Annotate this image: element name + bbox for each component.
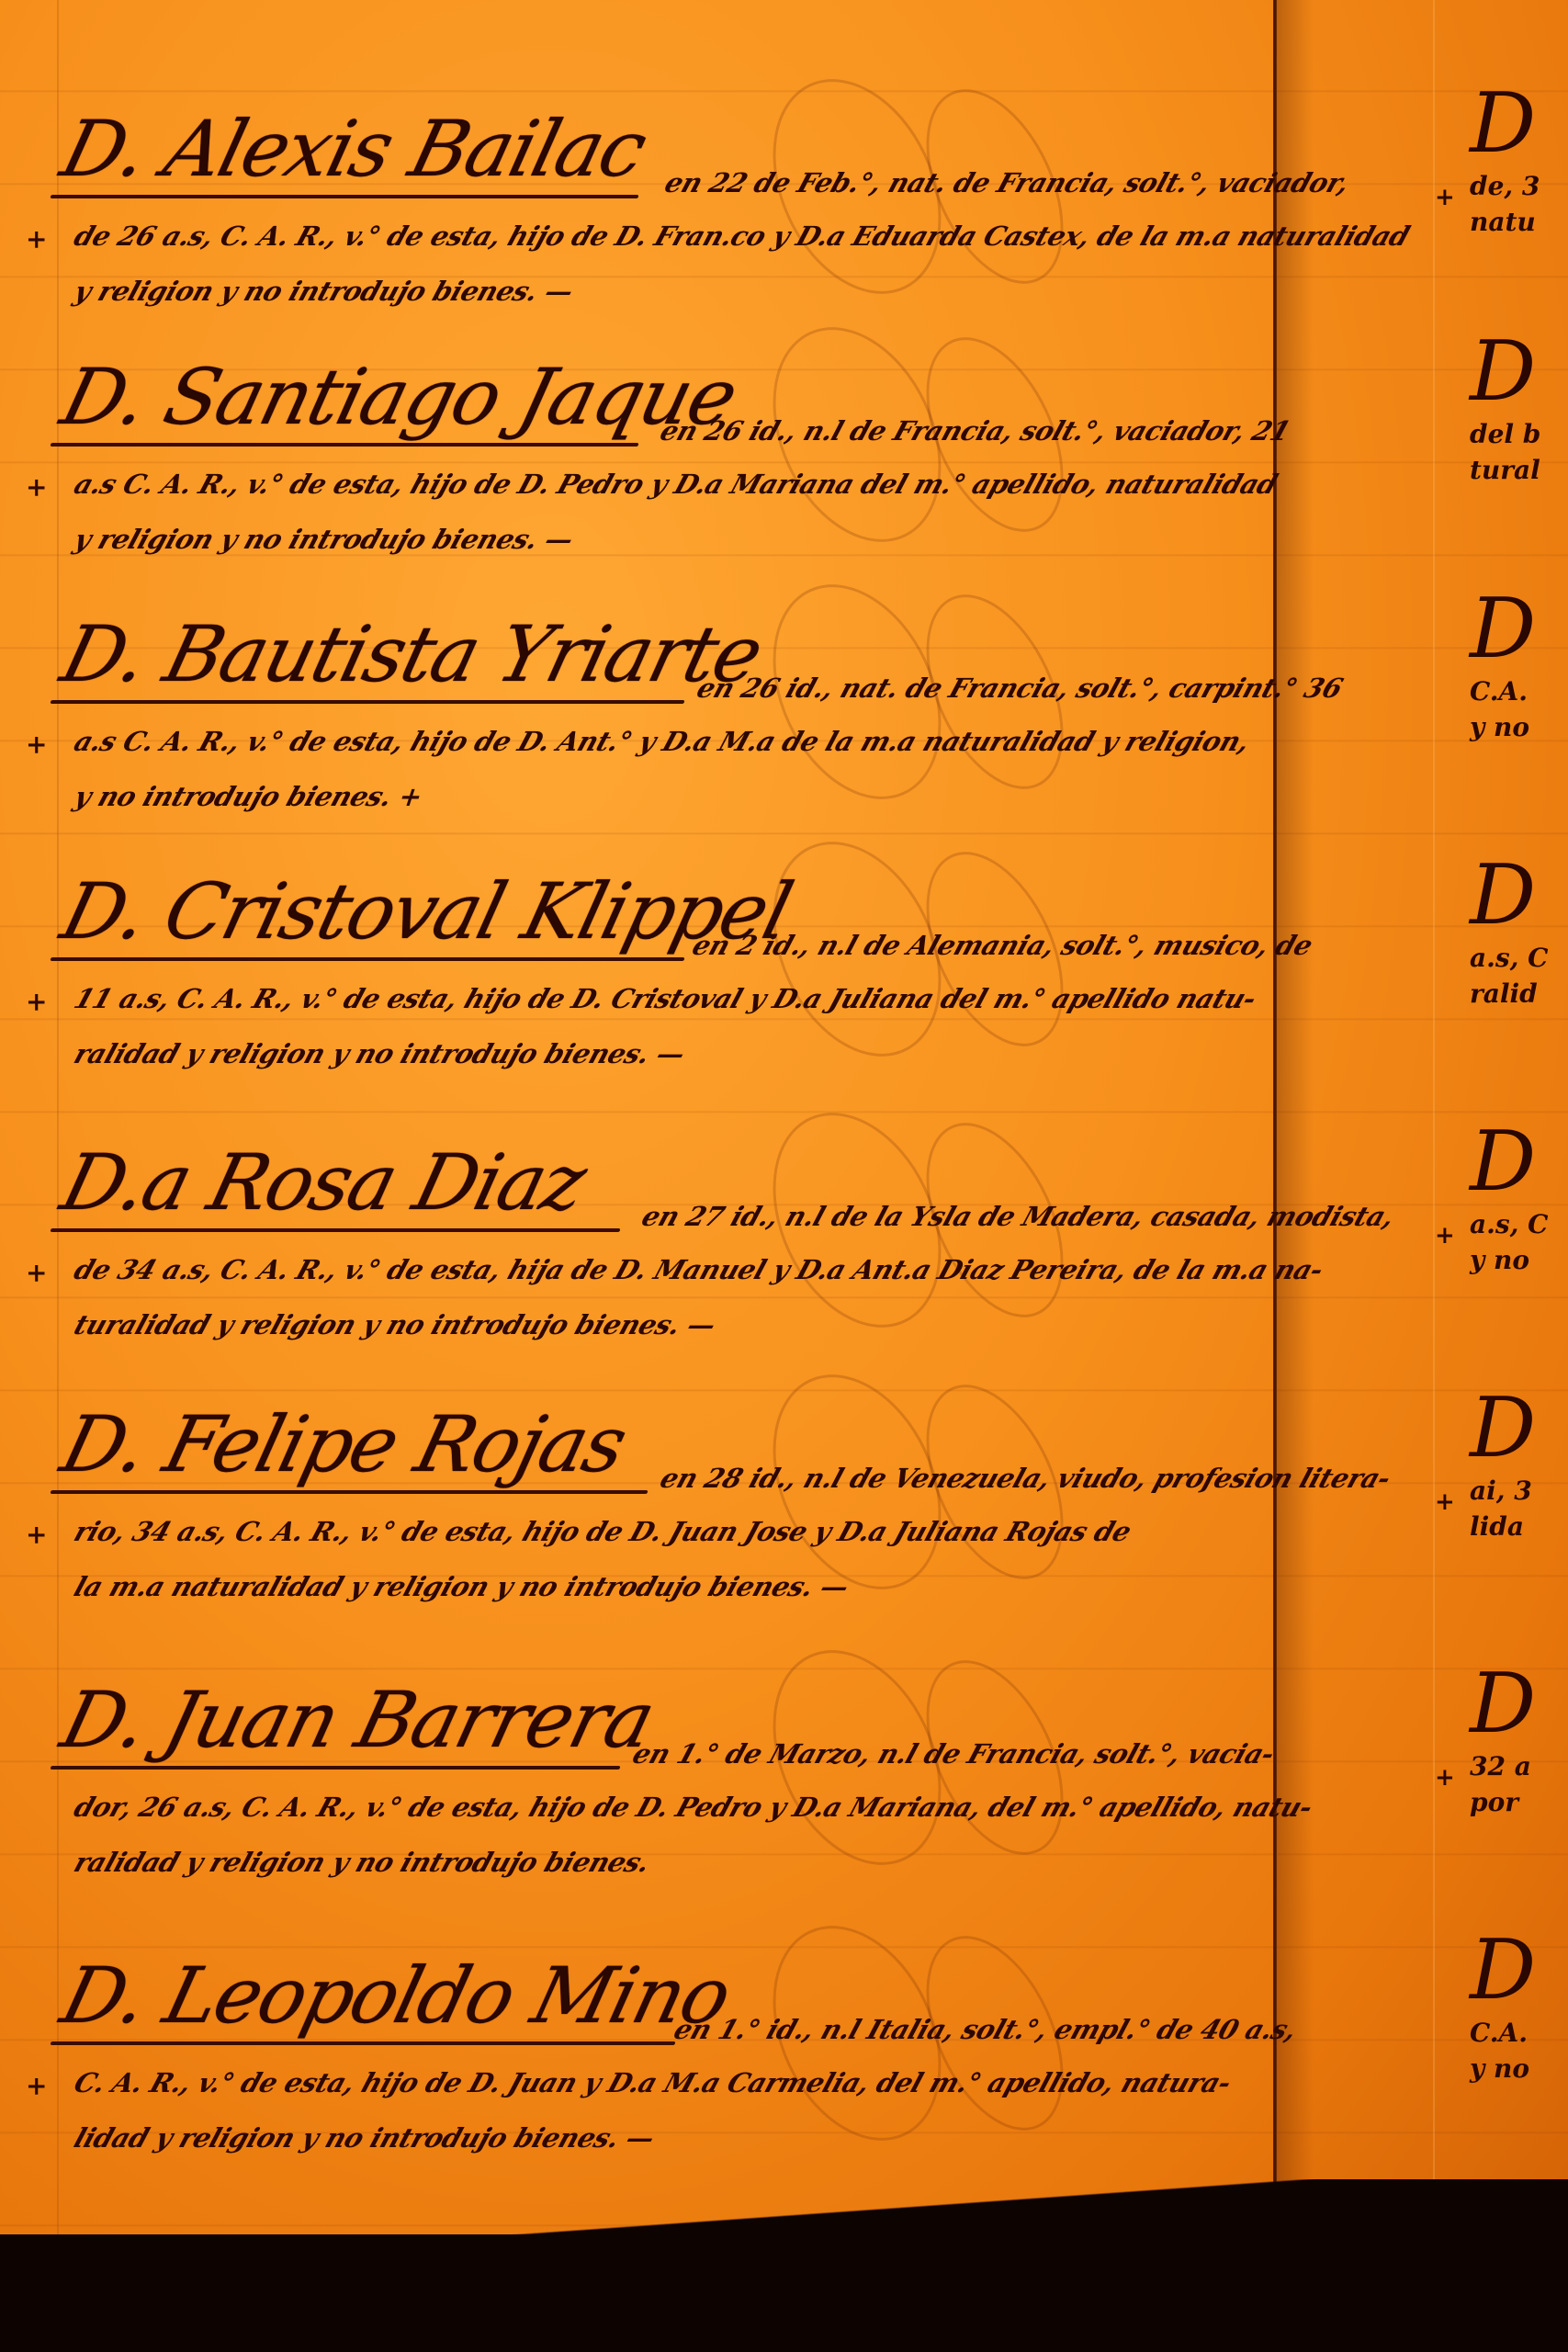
entry-line-2: a.s C. A. R., v.° de esta, hijo de D. Pe… bbox=[70, 469, 1280, 500]
entry-line-2: de 34 a.s, C. A. R., v.° de esta, hija d… bbox=[70, 1254, 1326, 1285]
entry-name: D. Bautista Yriarte bbox=[55, 616, 769, 693]
right-page-entry-fragment: Da.s, Cralid bbox=[1470, 854, 1548, 1009]
entry-line-2: a.s C. A. R., v.° de esta, hijo de D. An… bbox=[70, 726, 1253, 757]
right-page-entry-fragment: Dde, 3natu+ bbox=[1470, 83, 1540, 237]
right-page-entry-fragment: Dai, 3lida+ bbox=[1470, 1387, 1536, 1542]
entry-line-3: y religion y no introdujo bienes. — bbox=[70, 276, 577, 307]
name-underline bbox=[51, 700, 685, 704]
entry-name: D. Alexis Bailac bbox=[55, 110, 653, 187]
entry-line-1: en 1.° de Marzo, n.l de Francia, solt.°,… bbox=[628, 1738, 1278, 1770]
fragment-initial: D bbox=[1470, 1929, 1536, 2012]
fragment-initial: D bbox=[1470, 588, 1536, 671]
left-margin-rule bbox=[57, 0, 59, 2234]
margin-cross-mark: + bbox=[26, 224, 47, 254]
ruled-lines bbox=[0, 0, 1568, 2234]
fragment-line-1: C.A. bbox=[1470, 2018, 1536, 2048]
name-underline bbox=[51, 443, 639, 447]
fragment-initial: D bbox=[1470, 1387, 1536, 1470]
fragment-line-1: a.s, C bbox=[1470, 943, 1548, 973]
entry-line-3: y religion y no introdujo bienes. — bbox=[70, 524, 577, 555]
fragment-line-1: del b bbox=[1470, 419, 1540, 449]
entry-name: D. Leopoldo Mino bbox=[55, 1957, 738, 2034]
right-page-entry-fragment: DC.A.y no bbox=[1470, 588, 1536, 742]
fragment-line-2: tural bbox=[1470, 455, 1540, 485]
fragment-line-1: 32 a bbox=[1470, 1751, 1536, 1781]
entry-line-3: ralidad y religion y no introdujo bienes… bbox=[70, 1038, 688, 1069]
entry-line-3: turalidad y religion y no introdujo bien… bbox=[70, 1309, 719, 1340]
entry-line-3: lidad y religion y no introdujo bienes. … bbox=[70, 2122, 658, 2154]
entry-line-3: y no introdujo bienes. + bbox=[70, 781, 426, 812]
entry-line-1: en 26 id., n.l de Francia, solt.°, vacia… bbox=[656, 415, 1294, 447]
fragment-line-2: ralid bbox=[1470, 978, 1548, 1009]
entry-line-1: en 26 id., nat. de Francia, solt.°, carp… bbox=[693, 673, 1346, 704]
fragment-initial: D bbox=[1470, 854, 1548, 937]
entry-line-3: ralidad y religion y no introdujo bienes… bbox=[70, 1847, 653, 1878]
fragment-line-2: y no bbox=[1470, 2053, 1536, 2084]
fragment-cross-mark: + bbox=[1435, 1764, 1455, 1792]
fragment-cross-mark: + bbox=[1435, 184, 1455, 211]
entry-line-2: de 26 a.s, C. A. R., v.° de esta, hijo d… bbox=[70, 220, 1413, 252]
fragment-line-2: y no bbox=[1470, 1245, 1548, 1275]
fragment-line-1: a.s, C bbox=[1470, 1209, 1548, 1239]
entry-line-1: en 27 id., n.l de la Ysla de Madera, cas… bbox=[637, 1201, 1398, 1232]
fragment-cross-mark: + bbox=[1435, 1222, 1455, 1249]
dark-background-below-page bbox=[0, 2234, 1568, 2352]
right-page-margin-rule bbox=[1433, 0, 1435, 2234]
margin-cross-mark: + bbox=[26, 729, 47, 760]
margin-cross-mark: + bbox=[26, 1520, 47, 1550]
register-page: D. Alexis Bailac en 22 de Feb.°, nat. de… bbox=[0, 0, 1568, 2234]
name-underline bbox=[51, 957, 685, 961]
fragment-line-1: ai, 3 bbox=[1470, 1476, 1536, 1506]
right-page-entry-fragment: DC.A.y no bbox=[1470, 1929, 1536, 2084]
book-binding-gutter bbox=[1273, 0, 1277, 2234]
name-underline bbox=[51, 195, 639, 198]
right-page-entry-fragment: D32 apor+ bbox=[1470, 1663, 1536, 1817]
fragment-initial: D bbox=[1470, 83, 1540, 165]
fragment-initial: D bbox=[1470, 1663, 1536, 1746]
right-page-entry-fragment: Da.s, Cy no+ bbox=[1470, 1121, 1548, 1275]
margin-cross-mark: + bbox=[26, 472, 47, 503]
entry-name: D.a Rosa Diaz bbox=[55, 1144, 592, 1221]
entry-line-2: C. A. R., v.° de esta, hijo de D. Juan y… bbox=[70, 2067, 1235, 2098]
margin-cross-mark: + bbox=[26, 2071, 47, 2101]
fragment-initial: D bbox=[1470, 331, 1540, 413]
name-underline bbox=[51, 1228, 621, 1232]
entry-name: D. Felipe Rojas bbox=[55, 1406, 633, 1483]
fragment-line-1: C.A. bbox=[1470, 676, 1536, 707]
fragment-line-2: lida bbox=[1470, 1511, 1536, 1542]
entry-line-1: en 1.° id., n.l Italia, solt.°, empl.° d… bbox=[670, 2014, 1300, 2045]
entry-name: D. Cristoval Klippel bbox=[55, 873, 798, 950]
margin-cross-mark: + bbox=[26, 1258, 47, 1288]
fragment-line-2: por bbox=[1470, 1787, 1536, 1817]
fragment-line-1: de, 3 bbox=[1470, 171, 1540, 201]
entry-line-2: dor, 26 a.s, C. A. R., v.° de esta, hijo… bbox=[70, 1792, 1316, 1823]
entry-line-1: en 2 id., n.l de Alemania, solt.°, music… bbox=[688, 930, 1316, 961]
entry-line-3: la m.a naturalidad y religion y no intro… bbox=[70, 1571, 852, 1602]
entry-name: D. Juan Barrera bbox=[55, 1681, 660, 1758]
margin-cross-mark: + bbox=[26, 987, 47, 1017]
entry-name: D. Santiago Jaque bbox=[55, 358, 744, 435]
fragment-line-2: natu bbox=[1470, 207, 1540, 237]
binding-shadow bbox=[1277, 0, 1314, 2234]
name-underline bbox=[51, 1766, 621, 1770]
entry-line-2: 11 a.s, C. A. R., v.° de esta, hijo de D… bbox=[70, 983, 1259, 1014]
name-underline bbox=[51, 2041, 676, 2045]
fragment-initial: D bbox=[1470, 1121, 1548, 1204]
entry-line-1: en 28 id., n.l de Venezuela, viudo, prof… bbox=[656, 1463, 1394, 1494]
fragment-cross-mark: + bbox=[1435, 1488, 1455, 1516]
entry-line-2: rio, 34 a.s, C. A. R., v.° de esta, hijo… bbox=[70, 1516, 1134, 1547]
entry-line-1: en 22 de Feb.°, nat. de Francia, solt.°,… bbox=[660, 167, 1353, 198]
right-page-entry-fragment: Ddel btural bbox=[1470, 331, 1540, 485]
fragment-line-2: y no bbox=[1470, 712, 1536, 742]
name-underline bbox=[51, 1490, 649, 1494]
